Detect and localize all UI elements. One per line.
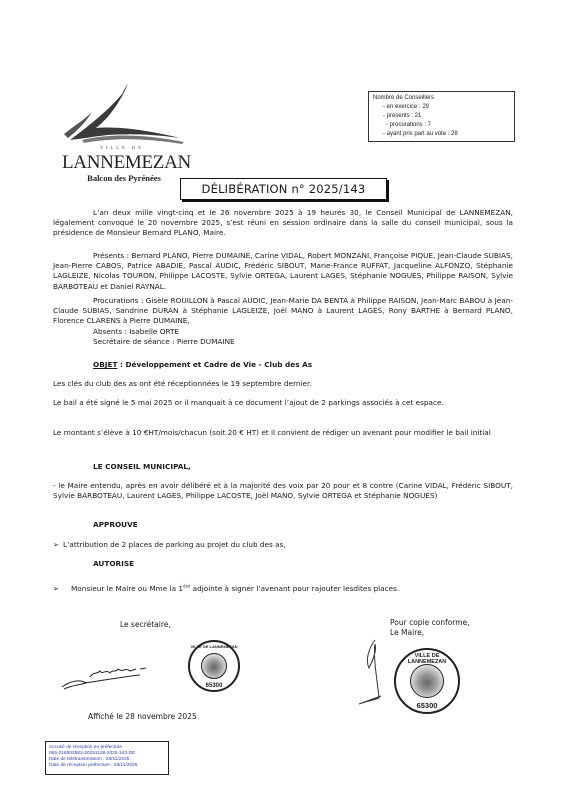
objet-text: : Développement et Cadre de Vie - Club d… [117,360,312,369]
ar-line-4: Date de réception préfecture : 28/11/202… [49,763,165,769]
autorise-text-before: Monsieur le Maire ou Mme la 1 [71,584,183,593]
autorise-text-after: adjointe à signer l’avenant pour rajoute… [190,584,399,593]
arrow-bullet-icon: ➢ [53,584,71,594]
autorise-heading: AUTORISE [53,559,513,569]
objet-label: OBJET [93,360,117,369]
secretaire-signature-label: Le secrétaire, [120,620,171,629]
counsellors-procurations: - procurations : 7 [373,121,510,130]
counsellors-title: Nombre de Conseillers [373,94,510,103]
seal-top-text: VILLE DE LANNEMEZAN [190,644,238,649]
mountain-logo-icon [62,82,192,144]
counsellors-presents: - présents : 21 [373,112,510,121]
maire-entendu-paragraph: - le Maire entendu, après en avoir délib… [53,481,513,501]
maire-signature-label: Pour copie conforme, Le Maire, [390,618,470,638]
copie-conforme-text: Pour copie conforme, [390,618,470,628]
bail-paragraph: Le bail a été signé le 5 mai 2025 or il … [53,398,513,408]
seal-postcode: 65300 [396,701,458,710]
cles-paragraph: Les clés du club des as ont été réceptio… [53,379,513,389]
seal-emblem-icon [410,664,445,699]
approuve-heading: APPROUVE [53,520,513,530]
montant-paragraph: Le montant s’élève à 10 €HT/mois/chacun … [53,428,513,438]
maire-signature-icon [355,638,395,708]
counsellors-en-exercice: - en exercice : 29 [373,103,510,112]
secretaire-signature-icon [60,655,180,695]
logo-city-name: LANNEMEZAN [62,152,186,174]
counsellors-ayant-pris-part: - ayant pris part au vote : 28 [373,130,510,139]
logo-ville-de: VILLE DE [62,145,182,150]
seal-postcode: 65300 [190,683,238,689]
city-seal-left: VILLE DE LANNEMEZAN 65300 [188,640,240,692]
deliberation-title: DÉLIBÉRATION n° 2025/143 [180,178,387,200]
affiche-date: Affiché le 28 novembre 2025 [88,712,197,721]
city-seal-right: VILLE DE LANNEMEZAN 65300 [394,648,460,714]
logo-tagline: Balcon des Pyrénées [62,173,186,183]
conseil-municipal-heading: LE CONSEIL MUNICIPAL, [53,462,513,472]
presents-paragraph: Présents : Bernard PLANO, Pierre DUMAINE… [53,251,513,292]
absents-line: Absents : Isabelle ORTE [53,327,513,337]
counsellors-count-box: Nombre de Conseillers - en exercice : 29… [368,91,515,142]
le-maire-text: Le Maire, [390,628,470,638]
arrow-bullet-icon: ➢ [53,540,63,550]
accuse-reception-box: Accusé de réception en préfecture 065-21… [45,741,169,775]
secretaire-seance-line: Secrétaire de séance : Pierre DUMAINE [53,337,513,347]
city-logo: VILLE DE LANNEMEZAN Balcon des Pyrénées [62,82,242,182]
autorise-item: ➢Monsieur le Maire ou Mme la 1ère adjoin… [53,584,513,594]
seal-emblem-icon [201,653,228,680]
approuve-item-text: L’attribution de 2 places de parking au … [63,540,286,549]
procurations-paragraph: Procurations : Gisèle ROUILLON à Pascal … [53,296,513,327]
objet-line: OBJET : Développement et Cadre de Vie - … [53,360,513,370]
approuve-item: ➢L’attribution de 2 places de parking au… [53,540,513,550]
intro-paragraph: L’an deux mille vingt-cinq et le 26 nove… [53,208,513,239]
